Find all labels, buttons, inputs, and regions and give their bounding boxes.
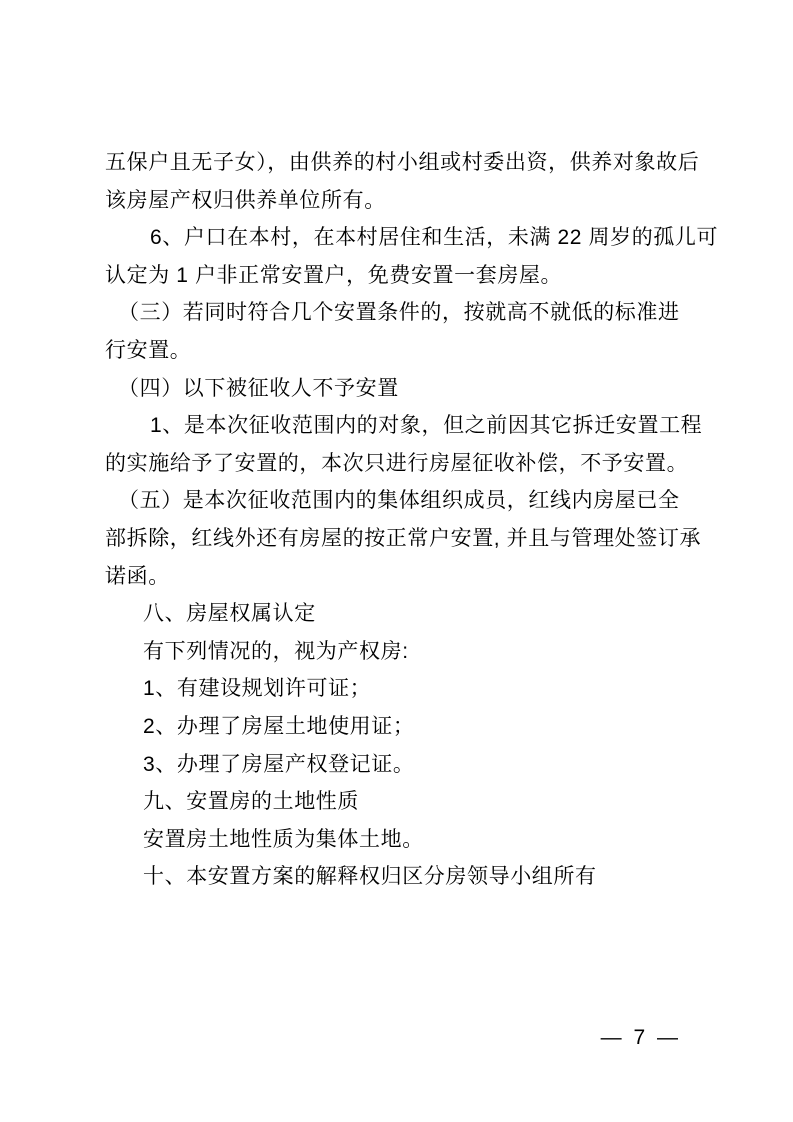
text-line: 6、户口在本村，在本村居住和生活，未满 22 周岁的孤儿可 [105,219,720,257]
text-line: 五保户且无子女），由供养的村小组或村委出资，供养对象故后 [105,144,720,182]
text-line: 八、房屋权属认定 [105,595,720,633]
page-number: — 7 — [601,1026,681,1050]
text-line: （三）若同时符合几个安置条件的，按就高不就低的标准进 [105,294,720,332]
text-line: 有下列情况的，视为产权房: [105,633,720,671]
document-body: 五保户且无子女），由供养的村小组或村委出资，供养对象故后该房屋产权归供养单位所有… [105,144,720,896]
text-line: 行安置。 [105,332,720,370]
text-line: 的实施给予了安置的，本次只进行房屋征收补偿，不予安置。 [105,445,720,483]
text-line: 该房屋产权归供养单位所有。 [105,182,720,220]
text-line: 十、本安置方案的解释权归区分房领导小组所有 [105,858,720,896]
text-line: 1、有建设规划许可证； [105,670,720,708]
document-page: 五保户且无子女），由供养的村小组或村委出资，供养对象故后该房屋产权归供养单位所有… [0,0,793,1122]
text-line: 1、是本次征收范围内的对象，但之前因其它拆迁安置工程 [105,407,720,445]
text-line: 诺函。 [105,558,720,596]
text-line: （四）以下被征收人不予安置 [105,370,720,408]
text-line: 九、安置房的土地性质 [105,783,720,821]
text-line: 2、办理了房屋土地使用证； [105,708,720,746]
text-line: （五）是本次征收范围内的集体组织成员，红线内房屋已全 [105,482,720,520]
text-line: 3、办理了房屋产权登记证。 [105,746,720,784]
text-line: 安置房土地性质为集体土地。 [105,821,720,859]
text-line: 认定为 1 户非正常安置户，免费安置一套房屋。 [105,257,720,295]
text-line: 部拆除，红线外还有房屋的按正常户安置, 并且与管理处签订承 [105,520,720,558]
